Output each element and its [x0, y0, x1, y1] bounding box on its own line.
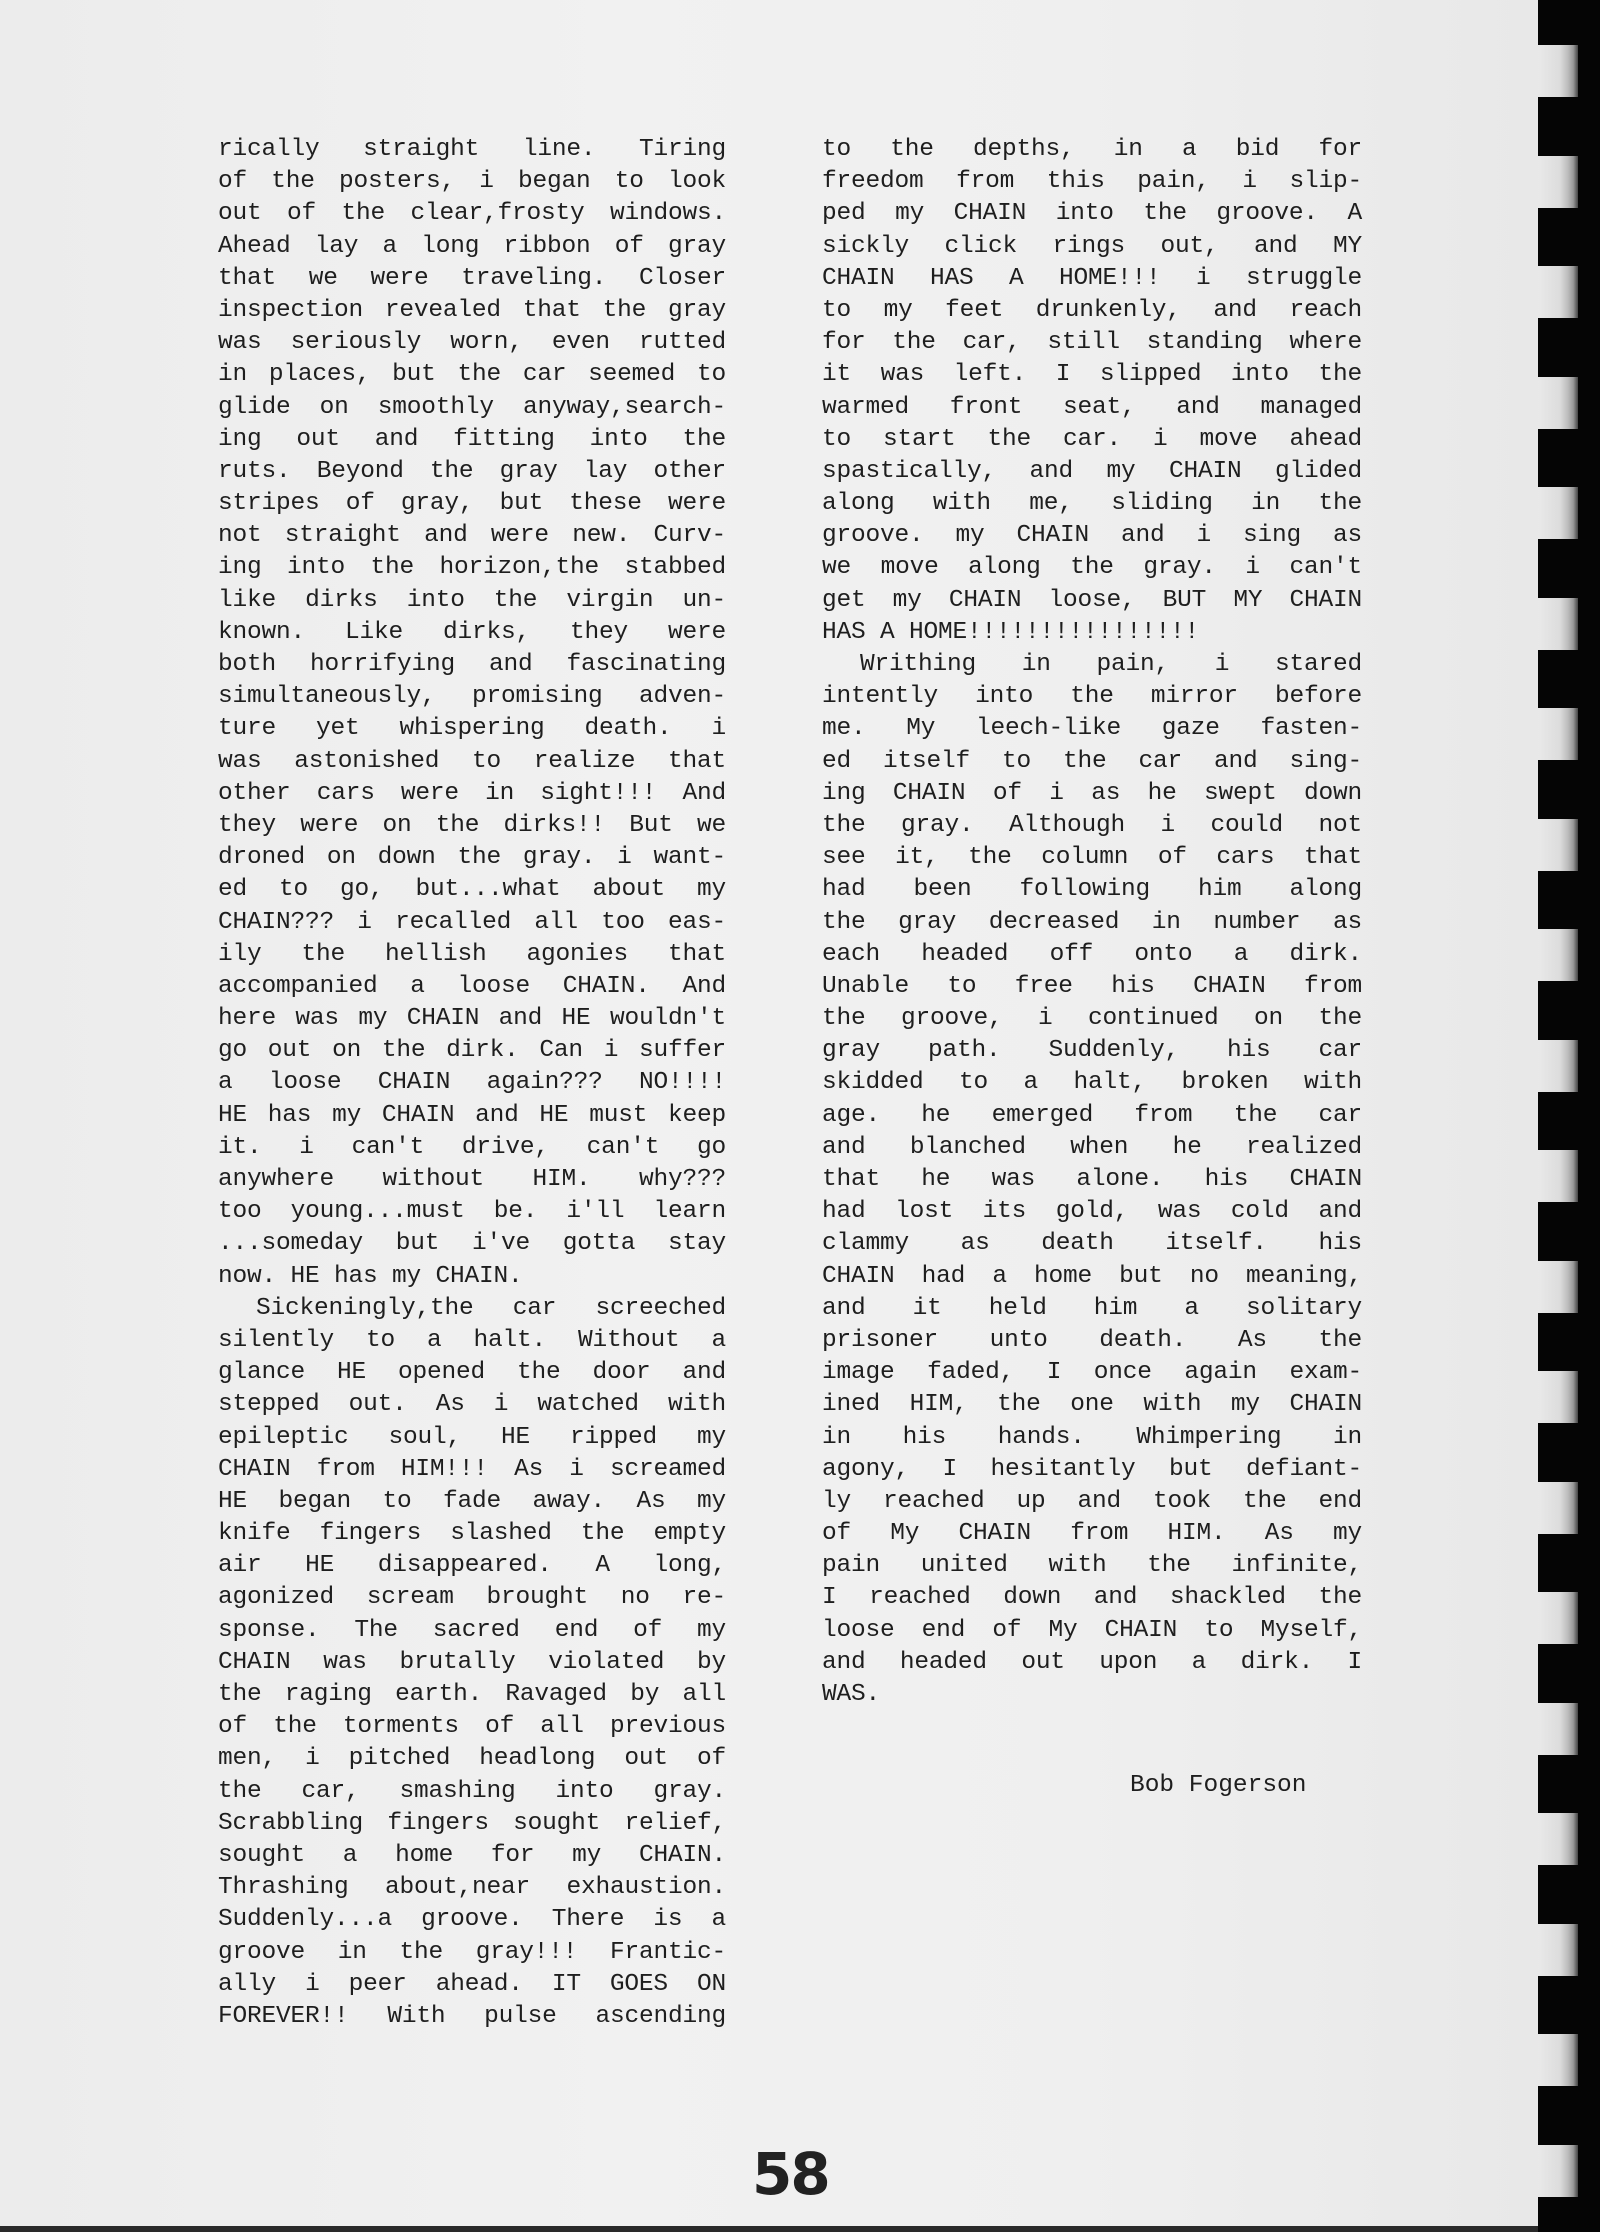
text-line: for the car, still standing where — [822, 327, 1362, 359]
text-line: intently into the mirror before — [822, 681, 1362, 713]
text-line: go out on the dirk. Can i suffer — [218, 1035, 726, 1067]
text-line: pain united with the infinite, — [822, 1550, 1362, 1582]
text-line: out of the clear,frosty windows. — [218, 198, 726, 230]
text-line: ...someday but i've gotta stay — [218, 1228, 726, 1260]
page-number: 58 — [752, 2140, 829, 2208]
page-bottom-edge — [0, 2226, 1545, 2232]
text-line: glance HE opened the door and — [218, 1357, 726, 1389]
text-line: and blanched when he realized — [822, 1132, 1362, 1164]
text-line: silently to a halt. Without a — [218, 1325, 726, 1357]
text-line: and it held him a solitary — [822, 1293, 1362, 1325]
text-line: CHAIN from HIM!!! As i screamed — [218, 1454, 726, 1486]
left-text-column: rically straight line. Tiringof the post… — [218, 134, 726, 2033]
binding-slot — [1538, 45, 1578, 97]
text-line: known. Like dirks, they were — [218, 617, 726, 649]
text-line: men, i pitched headlong out of — [218, 1743, 726, 1775]
text-line: image faded, I once again exam- — [822, 1357, 1362, 1389]
text-line: in his hands. Whimpering in — [822, 1422, 1362, 1454]
text-line: WAS. — [822, 1679, 1362, 1711]
text-line: Ahead lay a long ribbon of gray — [218, 231, 726, 263]
text-line: droned on down the gray. i want- — [218, 842, 726, 874]
text-line: ing out and fitting into the — [218, 424, 726, 456]
text-line: they were on the dirks!! But we — [218, 810, 726, 842]
author-signature: Bob Fogerson — [1130, 1772, 1306, 1799]
text-line: rically straight line. Tiring — [218, 134, 726, 166]
text-line: accompanied a loose CHAIN. And — [218, 971, 726, 1003]
text-line: to the depths, in a bid for — [822, 134, 1362, 166]
binding-slot — [1538, 1592, 1578, 1644]
text-line: ly reached up and took the end — [822, 1486, 1362, 1518]
text-line: along with me, sliding in the — [822, 488, 1362, 520]
text-line: stepped out. As i watched with — [218, 1389, 726, 1421]
text-line: warmed front seat, and managed — [822, 392, 1362, 424]
binding-slot — [1538, 1371, 1578, 1423]
text-line: ined HIM, the one with my CHAIN — [822, 1389, 1362, 1421]
text-line: to my feet drunkenly, and reach — [822, 295, 1362, 327]
text-line: epileptic soul, HE ripped my — [218, 1422, 726, 1454]
text-line: groove in the gray!!! Frantic- — [218, 1937, 726, 1969]
text-line: each headed off onto a dirk. — [822, 939, 1362, 971]
binding-slot — [1538, 266, 1578, 318]
text-line: skidded to a halt, broken with — [822, 1067, 1362, 1099]
text-line: glide on smoothly anyway,search- — [218, 392, 726, 424]
right-text-column: to the depths, in a bid forfreedom from … — [822, 134, 1362, 1711]
text-line: agony, I hesitantly but defiant- — [822, 1454, 1362, 1486]
text-line: ruts. Beyond the gray lay other — [218, 456, 726, 488]
text-line: CHAIN had a home but no meaning, — [822, 1261, 1362, 1293]
text-line: inspection revealed that the gray — [218, 295, 726, 327]
binding-slot — [1538, 2145, 1578, 2197]
text-line: see it, the column of cars that — [822, 842, 1362, 874]
text-line: agonized scream brought no re- — [218, 1582, 726, 1614]
text-line: ing CHAIN of i as he swept down — [822, 778, 1362, 810]
text-line: had lost its gold, was cold and — [822, 1196, 1362, 1228]
text-line: ture yet whispering death. i — [218, 713, 726, 745]
text-line: me. My leech-like gaze fasten- — [822, 713, 1362, 745]
text-line: a loose CHAIN again??? NO!!!! — [218, 1067, 726, 1099]
text-line: air HE disappeared. A long, — [218, 1550, 726, 1582]
text-line: here was my CHAIN and HE wouldn't — [218, 1003, 726, 1035]
text-line: sickly click rings out, and MY — [822, 231, 1362, 263]
text-line: and headed out upon a dirk. I — [822, 1647, 1362, 1679]
text-line: that he was alone. his CHAIN — [822, 1164, 1362, 1196]
text-line: FOREVER!! With pulse ascending — [218, 2001, 726, 2033]
text-line: get my CHAIN loose, BUT MY CHAIN — [822, 585, 1362, 617]
binding-slot — [1538, 1040, 1578, 1092]
text-line: the gray. Although i could not — [822, 810, 1362, 842]
text-line: ing into the horizon,the stabbed — [218, 552, 726, 584]
text-line: sponse. The sacred end of my — [218, 1615, 726, 1647]
text-line: CHAIN??? i recalled all too eas- — [218, 907, 726, 939]
text-line: Writhing in pain, i stared — [822, 649, 1362, 681]
text-line: of My CHAIN from HIM. As my — [822, 1518, 1362, 1550]
text-line: Sickeningly,the car screeched — [218, 1293, 726, 1325]
text-line: stripes of gray, but these were — [218, 488, 726, 520]
text-line: HE has my CHAIN and HE must keep — [218, 1100, 726, 1132]
text-line: CHAIN HAS A HOME!!! i struggle — [822, 263, 1362, 295]
text-line: like dirks into the virgin un- — [218, 585, 726, 617]
text-line: spastically, and my CHAIN glided — [822, 456, 1362, 488]
text-line: it was left. I slipped into the — [822, 359, 1362, 391]
text-line: Scrabbling fingers sought relief, — [218, 1808, 726, 1840]
text-line: of the posters, i began to look — [218, 166, 726, 198]
text-line: both horrifying and fascinating — [218, 649, 726, 681]
text-line: Unable to free his CHAIN from — [822, 971, 1362, 1003]
text-line: Suddenly...a groove. There is a — [218, 1904, 726, 1936]
text-line: ped my CHAIN into the groove. A — [822, 198, 1362, 230]
text-line: that we were traveling. Closer — [218, 263, 726, 295]
binding-slot — [1538, 487, 1578, 539]
text-line: prisoner unto death. As the — [822, 1325, 1362, 1357]
text-line: other cars were in sight!!! And — [218, 778, 726, 810]
text-line: had been following him along — [822, 874, 1362, 906]
text-line: was seriously worn, even rutted — [218, 327, 726, 359]
text-line: it. i can't drive, can't go — [218, 1132, 726, 1164]
binding-slot — [1538, 1813, 1578, 1865]
text-line: was astonished to realize that — [218, 746, 726, 778]
text-line: now. HE has my CHAIN. — [218, 1261, 726, 1293]
text-line: clammy as death itself. his — [822, 1228, 1362, 1260]
binding-slot — [1538, 2034, 1578, 2086]
binding-slot — [1538, 156, 1578, 208]
text-line: we move along the gray. i can't — [822, 552, 1362, 584]
binding-slot — [1538, 1482, 1578, 1534]
text-line: loose end of My CHAIN to Myself, — [822, 1615, 1362, 1647]
text-line: CHAIN was brutally violated by — [218, 1647, 726, 1679]
binding-slot — [1538, 819, 1578, 871]
comb-binding — [1538, 0, 1600, 2232]
text-line: age. he emerged from the car — [822, 1100, 1362, 1132]
text-line: freedom from this pain, i slip- — [822, 166, 1362, 198]
text-line: groove. my CHAIN and i sing as — [822, 520, 1362, 552]
binding-slot — [1538, 929, 1578, 981]
text-line: to start the car. i move ahead — [822, 424, 1362, 456]
text-line: the raging earth. Ravaged by all — [218, 1679, 726, 1711]
text-line: Thrashing about,near exhaustion. — [218, 1872, 726, 1904]
binding-slot — [1538, 1261, 1578, 1313]
binding-slot — [1538, 1703, 1578, 1755]
binding-slot — [1538, 1924, 1578, 1976]
text-line: sought a home for my CHAIN. — [218, 1840, 726, 1872]
text-line: the car, smashing into gray. — [218, 1776, 726, 1808]
document-page: rically straight line. Tiringof the post… — [0, 0, 1545, 2232]
text-line: of the torments of all previous — [218, 1711, 726, 1743]
text-line: in places, but the car seemed to — [218, 359, 726, 391]
text-line: HAS A HOME!!!!!!!!!!!!!!!! — [822, 617, 1362, 649]
binding-slot — [1538, 377, 1578, 429]
text-line: too young...must be. i'll learn — [218, 1196, 726, 1228]
text-line: ally i peer ahead. IT GOES ON — [218, 1969, 726, 2001]
binding-slot — [1538, 598, 1578, 650]
text-line: ed to go, but...what about my — [218, 874, 726, 906]
text-line: not straight and were new. Curv- — [218, 520, 726, 552]
text-line: simultaneously, promising adven- — [218, 681, 726, 713]
text-line: ed itself to the car and sing- — [822, 746, 1362, 778]
text-line: HE began to fade away. As my — [218, 1486, 726, 1518]
text-line: the gray decreased in number as — [822, 907, 1362, 939]
text-line: I reached down and shackled the — [822, 1582, 1362, 1614]
text-line: knife fingers slashed the empty — [218, 1518, 726, 1550]
binding-slot — [1538, 1150, 1578, 1202]
text-line: anywhere without HIM. why??? — [218, 1164, 726, 1196]
text-line: ily the hellish agonies that — [218, 939, 726, 971]
binding-slot — [1538, 708, 1578, 760]
text-line: gray path. Suddenly, his car — [822, 1035, 1362, 1067]
text-line: the groove, i continued on the — [822, 1003, 1362, 1035]
